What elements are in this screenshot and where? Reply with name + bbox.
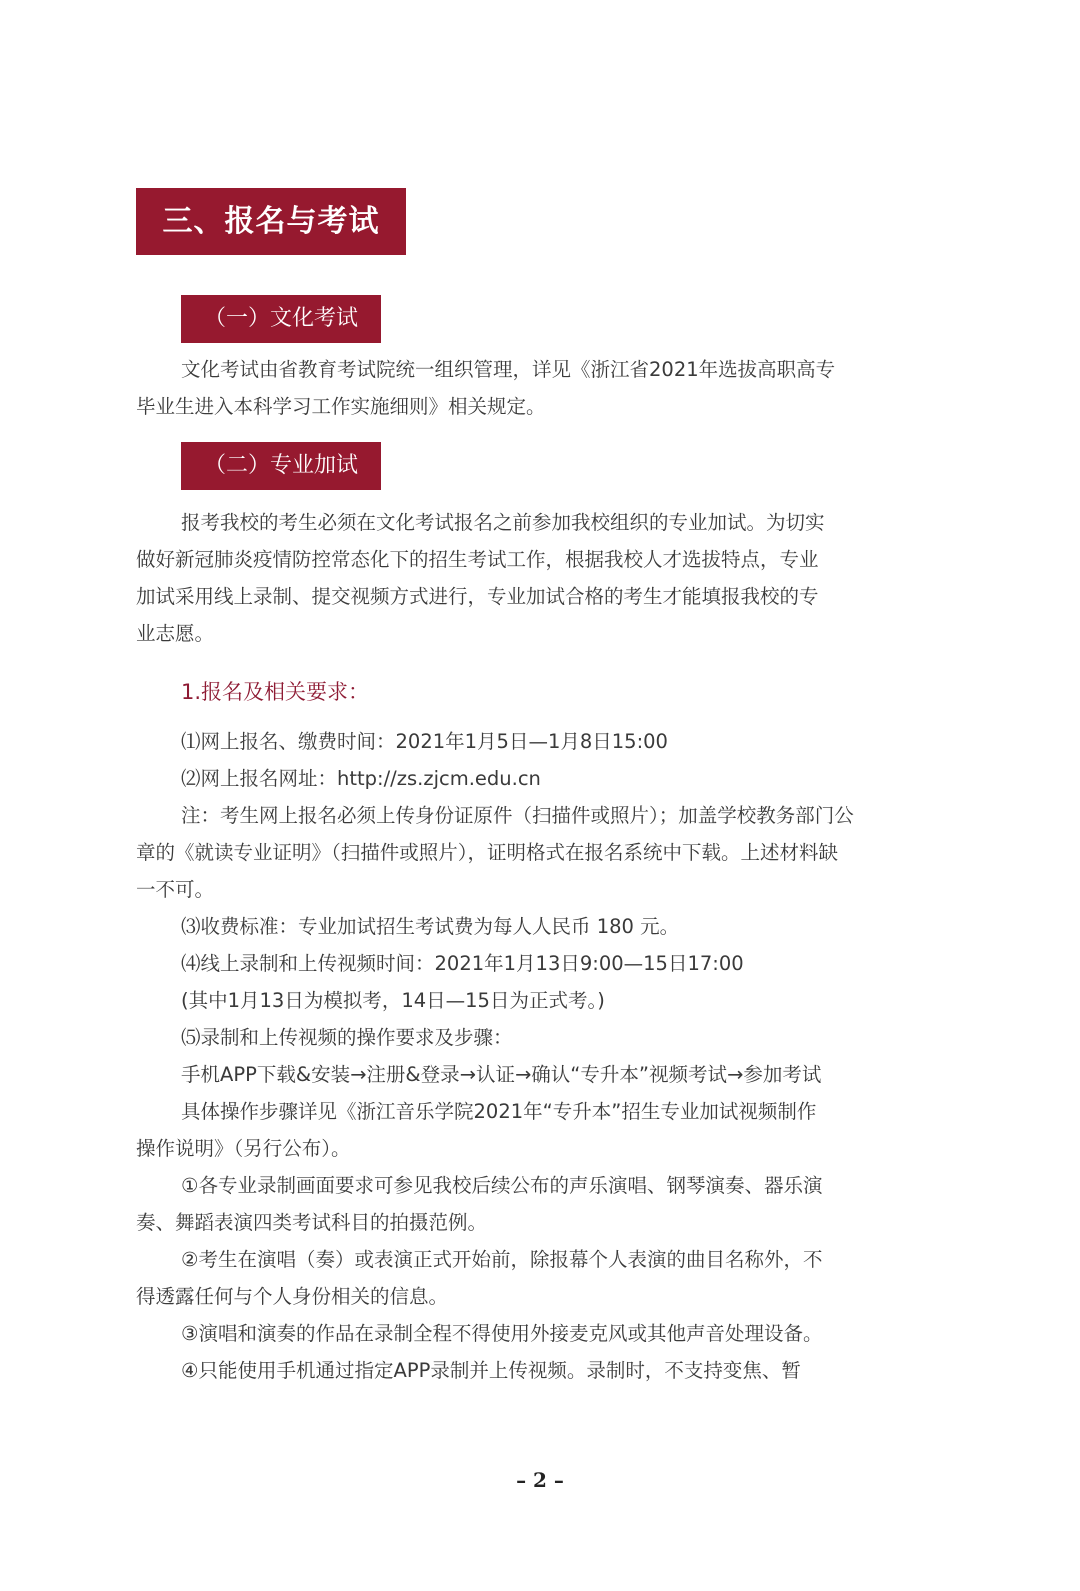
paragraph-line: 业志愿。	[136, 620, 936, 648]
req-line: ⑷线上录制和上传视频时间：2021年1月13日9:00—15日17:00	[181, 950, 981, 978]
paragraph-line: 做好新冠肺炎疫情防控常态化下的招生考试工作，根据我校人才选拔特点，专业	[136, 546, 936, 574]
subsection-title-culture-exam: （一）文化考试	[181, 295, 381, 343]
page-number: – 2 –	[0, 1468, 1080, 1492]
req-line: 具体操作步骤详见《浙江音乐学院2021年“专升本”招生专业加试视频制作	[181, 1098, 981, 1126]
req-line: (其中1月13日为模拟考，14日—15日为正式考。)	[181, 987, 981, 1015]
registration-url[interactable]: ⑵网上报名网址：http://zs.zjcm.edu.cn	[181, 765, 981, 793]
req-line: ③演唱和演奏的作品在录制全程不得使用外接麦克风或其他声音处理设备。	[181, 1320, 981, 1348]
req-line: 章的《就读专业证明》（扫描件或照片），证明格式在报名系统中下载。上述材料缺	[136, 839, 936, 867]
req-line: 奏、舞蹈表演四类考试科目的拍摄范例。	[136, 1209, 936, 1237]
paragraph-line: 毕业生进入本科学习工作实施细则》相关规定。	[136, 393, 936, 421]
req-line: ⑴网上报名、缴费时间：2021年1月5日—1月8日15:00	[181, 728, 981, 756]
paragraph-line: 文化考试由省教育考试院统一组织管理，详见《浙江省2021年选拔高职高专	[181, 356, 981, 384]
subsection-title-professional-exam: （二）专业加试	[181, 442, 381, 490]
paragraph-line: 报考我校的考生必须在文化考试报名之前参加我校组织的专业加试。为切实	[181, 509, 981, 537]
req-line: 一不可。	[136, 876, 936, 904]
req-line: ④只能使用手机通过指定APP录制并上传视频。录制时，不支持变焦、暂	[181, 1357, 981, 1385]
req-line: 注：考生网上报名必须上传身份证原件（扫描件或照片）；加盖学校教务部门公	[181, 802, 981, 830]
req-line: 手机APP下载&安装→注册&登录→认证→确认“专升本”视频考试→参加考试	[181, 1061, 981, 1089]
req-line: 得透露任何与个人身份相关的信息。	[136, 1283, 936, 1311]
section-title: 三、报名与考试	[136, 188, 406, 255]
req-line: ⑶收费标准：专业加试招生考试费为每人人民币 180 元。	[181, 913, 981, 941]
req-line: ⑸录制和上传视频的操作要求及步骤：	[181, 1024, 981, 1052]
paragraph-line: 加试采用线上录制、提交视频方式进行，专业加试合格的考生才能填报我校的专	[136, 583, 936, 611]
req-line: ①各专业录制画面要求可参见我校后续公布的声乐演唱、钢琴演奏、器乐演	[181, 1172, 981, 1200]
requirements-heading: 1.报名及相关要求：	[181, 678, 981, 706]
req-line: ②考生在演唱（奏）或表演正式开始前，除报幕个人表演的曲目名称外，不	[181, 1246, 981, 1274]
req-line: 操作说明》（另行公布）。	[136, 1135, 936, 1163]
